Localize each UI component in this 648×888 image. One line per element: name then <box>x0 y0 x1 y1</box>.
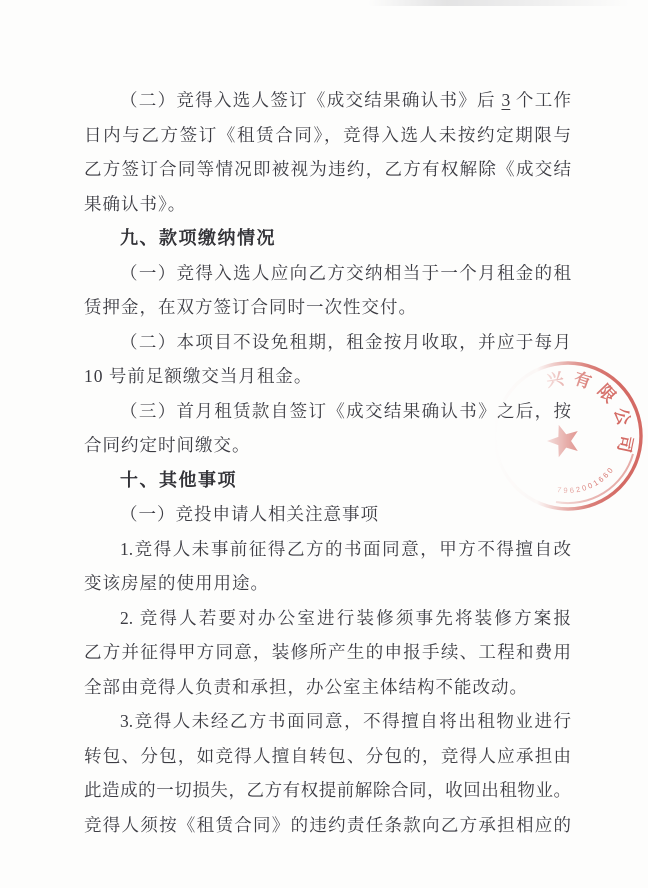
document-line: 变该房屋的使用用途。 <box>84 566 571 601</box>
document-line: （一）竞得入选人应向乙方交纳相当于一个月租金的租 <box>84 256 571 291</box>
section-heading: 十、其他事项 <box>84 463 571 498</box>
line-text: 变该房屋的使用用途。 <box>84 573 269 593</box>
line-text: 10 号前足额缴交当月租金。 <box>84 366 312 386</box>
line-text: （一）竞投申请人相关注意事项 <box>120 504 379 524</box>
line-text: 1.竞得人未事前征得乙方的书面同意，甲方不得擅自改 <box>120 539 571 559</box>
document-line: 果确认书》。 <box>84 187 571 222</box>
line-text: 转包、分包，如竞得人擅自转包、分包的，竞得人应承担由 <box>84 746 571 766</box>
document-line: 此造成的一切损失，乙方有权提前解除合同，收回出租物业。 <box>84 773 571 808</box>
line-text: 2. 竞得人若要对办公室进行装修须事先将装修方案报 <box>120 608 571 628</box>
line-text: 全部由竞得人负责和承担，办公室主体结构不能改动。 <box>84 677 528 697</box>
document-line: 合同约定时间缴交。 <box>84 428 571 463</box>
line-text: （一）竞得入选人应向乙方交纳相当于一个月租金的租 <box>120 263 571 283</box>
document-line: 10 号前足额缴交当月租金。 <box>84 359 571 394</box>
line-text: 赁押金，在双方签订合同时一次性交付。 <box>84 297 417 317</box>
line-text: （二）本项目不设免租期，租金按月收取，并应于每月 <box>120 332 571 352</box>
line-text: （三）首月租赁款自签订《成交结果确认书》之后，按 <box>120 401 571 421</box>
line-text: 此造成的一切损失，乙方有权提前解除合同，收回出租物业。 <box>84 780 571 800</box>
document-line: 乙方并征得甲方同意，装修所产生的申报手续、工程和费用 <box>84 635 571 670</box>
document-line: 竞得人须按《租赁合同》的违约责任条款向乙方承担相应的 <box>84 808 571 843</box>
document-line: 3.竞得人未经乙方书面同意，不得擅自将出租物业进行 <box>84 704 571 739</box>
document-lines: （二）竞得入选人签订《成交结果确认书》后 3 个工作日内与乙方签订《租赁合同》，… <box>84 83 571 842</box>
document-line: （一）竞投申请人相关注意事项 <box>84 497 571 532</box>
line-text: 日内与乙方签订《租赁合同》，竞得入选人未按约定期限与 <box>84 125 571 145</box>
document-line: （二）竞得入选人签订《成交结果确认书》后 3 个工作 <box>84 83 571 118</box>
line-text: 合同约定时间缴交。 <box>84 435 251 455</box>
document-line: （二）本项目不设免租期，租金按月收取，并应于每月 <box>84 325 571 360</box>
document-line: 赁押金，在双方签订合同时一次性交付。 <box>84 290 571 325</box>
line-text: 乙方签订合同等情况即被视为违约，乙方有权解除《成交结 <box>84 159 571 179</box>
document-line: 转包、分包，如竞得人擅自转包、分包的，竞得人应承担由 <box>84 739 571 774</box>
section-heading: 九、款项缴纳情况 <box>84 221 571 256</box>
line-text: 乙方并征得甲方同意，装修所产生的申报手续、工程和费用 <box>84 642 571 662</box>
line-text: 十、其他事项 <box>120 470 237 490</box>
line-text: 3.竞得人未经乙方书面同意，不得擅自将出租物业进行 <box>120 711 571 731</box>
line-text: 个工作 <box>510 90 571 110</box>
underlined-value: 3 <box>502 90 511 110</box>
document-line: 全部由竞得人负责和承担，办公室主体结构不能改动。 <box>84 670 571 705</box>
line-text: 果确认书》。 <box>84 194 186 214</box>
document-line: （三）首月租赁款自签订《成交结果确认书》之后，按 <box>84 394 571 429</box>
document-line: 乙方签订合同等情况即被视为违约，乙方有权解除《成交结 <box>84 152 571 187</box>
line-text: 九、款项缴纳情况 <box>120 228 276 248</box>
scan-artifact-smudge <box>368 0 630 6</box>
document-line: 2. 竞得人若要对办公室进行装修须事先将装修方案报 <box>84 601 571 636</box>
document-line: 日内与乙方签订《租赁合同》，竞得入选人未按约定期限与 <box>84 118 571 153</box>
scanned-document-page: （二）竞得入选人签订《成交结果确认书》后 3 个工作日内与乙方签订《租赁合同》，… <box>0 0 648 888</box>
line-text: （二）竞得入选人签订《成交结果确认书》后 <box>120 90 502 110</box>
line-text: 竞得人须按《租赁合同》的违约责任条款向乙方承担相应的 <box>84 815 571 835</box>
document-line: 1.竞得人未事前征得乙方的书面同意，甲方不得擅自改 <box>84 532 571 567</box>
